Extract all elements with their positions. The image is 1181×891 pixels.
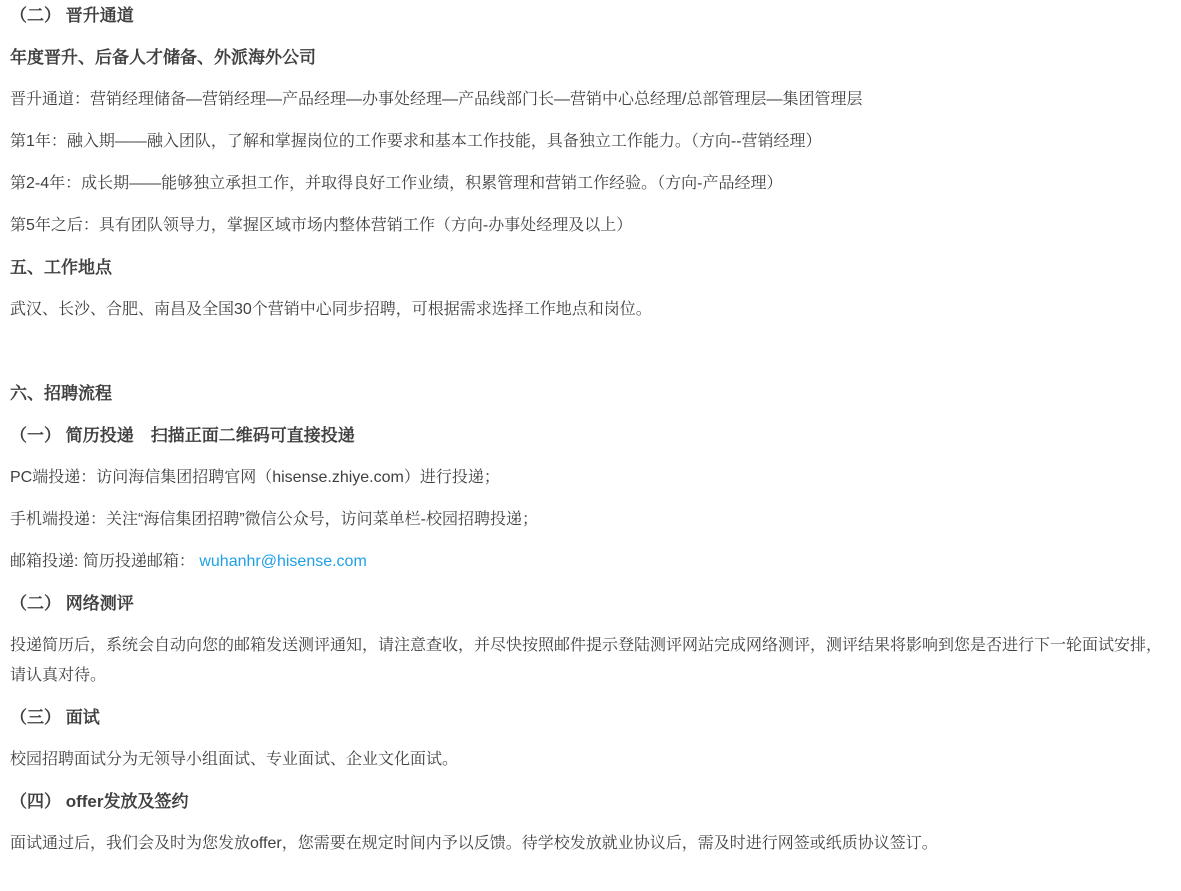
section-heading: （二） 晋升通道 <box>10 1 1171 31</box>
section-heading: 六、招聘流程 <box>10 379 1171 409</box>
text-run: 晋升通道：营销经理储备—营销经理—产品经理—办事处经理—产品线部门长—营销中心总… <box>10 91 862 108</box>
section-heading: （一） 简历投递 扫描正面二维码可直接投递 <box>10 421 1171 451</box>
text-run: 第2-4年：成长期——能够独立承担工作，并取得良好工作业绩，积累管理和营销工作经… <box>10 175 782 192</box>
paragraph: 面试通过后，我们会及时为您发放offer，您需要在规定时间内予以反馈。待学校发放… <box>10 829 1171 859</box>
paragraph: 武汉、长沙、合肥、南昌及全国30个营销中心同步招聘，可根据需求选择工作地点和岗位… <box>10 295 1171 325</box>
spacer <box>10 337 1171 367</box>
text-run: （一） 简历投递 扫描正面二维码可直接投递 <box>10 426 355 445</box>
paragraph: 第1年：融入期——融入团队，了解和掌握岗位的工作要求和基本工作技能，具备独立工作… <box>10 127 1171 157</box>
section-heading: 五、工作地点 <box>10 253 1171 283</box>
text-run: 六、招聘流程 <box>10 384 112 403</box>
text-run: 年度晋升、后备人才储备、外派海外公司 <box>10 48 316 67</box>
text-run: （二） 晋升通道 <box>10 6 134 25</box>
paragraph: 第5年之后：具有团队领导力，掌握区域市场内整体营销工作（方向-办事处经理及以上） <box>10 211 1171 241</box>
paragraph: 晋升通道：营销经理储备—营销经理—产品经理—办事处经理—产品线部门长—营销中心总… <box>10 85 1171 115</box>
text-run: 五、工作地点 <box>10 258 112 277</box>
text-run: 投递简历后，系统会自动向您的邮箱发送测评通知，请注意查收，并尽快按照邮件提示登陆… <box>10 637 1162 684</box>
text-run: 手机端投递：关注“海信集团招聘”微信公众号，访问菜单栏-校园招聘投递； <box>10 511 538 528</box>
text-run: （四） offer发放及签约 <box>10 792 189 811</box>
email-link[interactable]: wuhanhr@hisense.com <box>199 553 366 570</box>
section-heading: 年度晋升、后备人才储备、外派海外公司 <box>10 43 1171 73</box>
paragraph: 校园招聘面试分为无领导小组面试、专业面试、企业文化面试。 <box>10 745 1171 775</box>
text-run: PC端投递：访问海信集团招聘官网（hisense.zhiye.com）进行投递； <box>10 469 500 486</box>
paragraph: 手机端投递：关注“海信集团招聘”微信公众号，访问菜单栏-校园招聘投递； <box>10 505 1171 535</box>
text-run: 校园招聘面试分为无领导小组面试、专业面试、企业文化面试。 <box>10 751 458 768</box>
paragraph: PC端投递：访问海信集团招聘官网（hisense.zhiye.com）进行投递； <box>10 463 1171 493</box>
section-heading: （四） offer发放及签约 <box>10 787 1171 817</box>
text-run: 面试通过后，我们会及时为您发放offer，您需要在规定时间内予以反馈。待学校发放… <box>10 835 938 852</box>
section-heading: （三） 面试 <box>10 703 1171 733</box>
paragraph: 第2-4年：成长期——能够独立承担工作，并取得良好工作业绩，积累管理和营销工作经… <box>10 169 1171 199</box>
paragraph: 投递简历后，系统会自动向您的邮箱发送测评通知，请注意查收，并尽快按照邮件提示登陆… <box>10 631 1171 691</box>
section-heading: （二） 网络测评 <box>10 589 1171 619</box>
text-run: 邮箱投递: 简历投递邮箱： <box>10 553 199 570</box>
text-run: 第1年：融入期——融入团队，了解和掌握岗位的工作要求和基本工作技能，具备独立工作… <box>10 133 822 150</box>
paragraph: 邮箱投递: 简历投递邮箱： wuhanhr@hisense.com <box>10 547 1171 577</box>
article-body: （二） 晋升通道年度晋升、后备人才储备、外派海外公司晋升通道：营销经理储备—营销… <box>0 0 1181 891</box>
text-run: （二） 网络测评 <box>10 594 134 613</box>
text-run: （三） 面试 <box>10 708 100 727</box>
text-run: 第5年之后：具有团队领导力，掌握区域市场内整体营销工作（方向-办事处经理及以上） <box>10 217 632 234</box>
text-run: 武汉、长沙、合肥、南昌及全国30个营销中心同步招聘，可根据需求选择工作地点和岗位… <box>10 301 652 318</box>
